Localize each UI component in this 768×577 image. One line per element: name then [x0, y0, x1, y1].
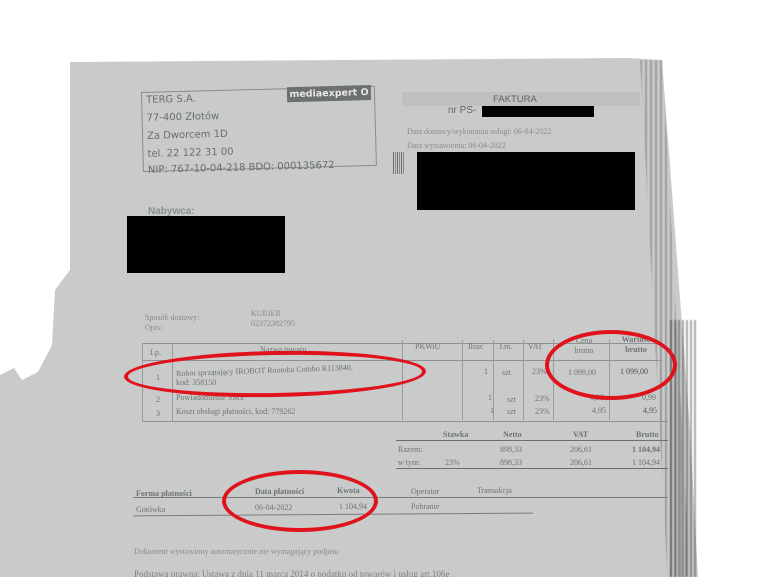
header-qty: Ilość	[468, 342, 484, 351]
shipping-method-label: Sposób dostawy:	[145, 313, 199, 322]
footer-legal: Podstawa prawna: Ustawa z dnia 11 marca …	[134, 569, 449, 577]
header-lp: Lp.	[150, 348, 161, 357]
seller-street: Za Dworcem 1D	[147, 129, 228, 142]
delivery-date-row: Data dostawy/wykonania usługi: 06-04-202…	[407, 127, 551, 136]
barcode-icon	[393, 152, 405, 174]
highlight-price-columns	[545, 330, 677, 400]
header-pkwiu: PKWiU	[415, 342, 440, 351]
seller-city: 77-400 Złotów	[146, 111, 219, 124]
seller-box: mediaexpert O TERG S.A. 77-400 Złotów Za…	[141, 86, 377, 172]
logo-circle-icon: O	[360, 87, 368, 98]
shipping-description-value: 02372382795	[251, 319, 295, 328]
highlight-payment-date-amount	[222, 470, 378, 532]
invoice-number-prefix: nr PS-	[448, 105, 476, 116]
header-unit: J.m.	[499, 342, 512, 351]
footer-note: Dokument wystawiony automatycznie nie wy…	[134, 547, 339, 556]
invoice-title: FAKTURA	[493, 94, 537, 105]
seller-phone: tel. 22 122 31 00	[147, 147, 233, 160]
shipping-method-value: KURIER	[251, 309, 281, 318]
shipping-description-label: Opis:	[145, 323, 162, 332]
mediaexpert-logo: mediaexpert O	[287, 85, 371, 102]
redacted-barcode-block	[417, 152, 635, 210]
seller-name: TERG S.A.	[146, 94, 196, 106]
redacted-buyer-details	[127, 216, 285, 273]
issue-date-row: Data wystawienia: 06-04-2022	[407, 141, 506, 150]
header-vat: VAT	[528, 342, 543, 351]
redacted-invoice-number	[482, 106, 594, 117]
